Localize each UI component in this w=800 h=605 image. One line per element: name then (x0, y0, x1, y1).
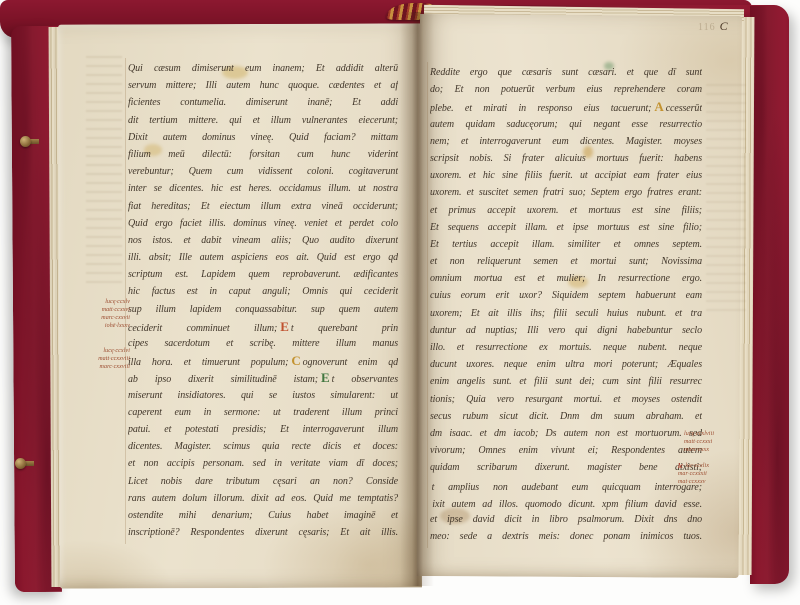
manuscript-text-line: filium meū dilectū: forsitan cum hunc vi… (128, 146, 398, 163)
manuscript-text-line: sup illum lapidem conquassabitur. sup qu… (128, 301, 398, 318)
text-segment: sup illum lapidem conquassabitur. sup qu… (128, 304, 398, 315)
text-segment: Qui cæsum dimiserunt eum inanem; Et addi… (128, 63, 398, 74)
margin-note-line: matt·ccxxvi (90, 306, 130, 314)
text-segment: meo: sede a dextris meis: donec ponam in… (430, 531, 702, 542)
text-segment: quidam scribarum dixerunt. magister bene… (430, 462, 702, 473)
manuscript-text-line: Et tertius accepit illam. similiter et o… (430, 236, 702, 253)
manuscript-text-line: Qui cæsum dimiserunt eum inanem; Et addi… (128, 60, 398, 77)
text-segment: et primus accepit uxorem. et mortuus est… (430, 205, 702, 216)
text-segment: miserunt insidiatores. qui se iustos sim… (128, 390, 398, 401)
margin-note-line: marc·cxxviii (90, 363, 130, 371)
margin-note-line: luc·ccxlix (678, 462, 738, 470)
manuscript-text-line: uxorem. et hic sine filiis fuerit. ut ac… (430, 167, 702, 184)
margin-note-line: lucę·ccxlviii (684, 430, 738, 438)
text-segment: illi. absit; Ille autem aspiciens eos ai… (128, 252, 398, 263)
manuscript-text-line: ceciderit comminuet illum;Et querebant p… (128, 318, 398, 335)
text-segment: Dixit autem dominus vineę. Quid faciam? … (128, 132, 398, 143)
manuscript-text-line: scriptum est. Lapidem quem reprobaverunt… (128, 266, 398, 283)
margin-note-line: lucę·ccxlvi (90, 347, 130, 355)
text-segment: ixit autem ad illos. quomodo dicunt. xpm… (432, 499, 702, 510)
manuscript-text-line: uxorem. et suscitet semen fratri suo; Se… (430, 184, 702, 201)
manuscript-text-line: rans autem dolum illorum. dixit ad eos. … (128, 490, 398, 507)
margin-note-line: mar·ccxxxii (678, 470, 738, 478)
illuminated-initial: E (277, 319, 291, 334)
manuscript-text-line: et primus accepit uxorem. et mortuus est… (430, 202, 702, 219)
manuscript-text-line: ab ipso dixerit similitudinē istam;Et ob… (128, 369, 398, 386)
manuscript-text-line: ostendite mihi denarium; Cuius habet ima… (128, 507, 398, 524)
manuscript-text-line: servum mittere; Illi autem hunc quoque. … (128, 77, 398, 94)
text-segment: cuius eorum erit uxor? Siquidem septem h… (430, 290, 702, 301)
text-segment: do; Et non potuerūt verbum eius reprehen… (430, 84, 702, 95)
margin-note-line: matt·ccxxviii (90, 355, 130, 363)
text-segment: verebuntur; Quem cum vidissent coloni. c… (128, 166, 398, 177)
text-segment: uxorem. et suscitet semen fratri suo; Se… (430, 187, 702, 198)
manuscript-text-line: caperent eum in sermone: ut traderent il… (128, 404, 398, 421)
text-segment: t amplius non audebant eum quicquam inte… (432, 482, 702, 493)
text-segment: ccesserūt (666, 103, 702, 114)
manuscript-text-line: et non reliquerunt semen et mortui sunt;… (430, 253, 702, 270)
text-segment: duntur ad nuptias; Illi vero qui digni h… (430, 325, 702, 336)
text-segment: dicentes. Magister. scimus quia recte di… (128, 441, 398, 452)
text-segment: ab ipso dixerit similitudinē istam; (128, 374, 318, 385)
text-segment: et non reliquerunt semen et mortui sunt;… (430, 256, 702, 267)
manuscript-text-line: illo. et resurrectione ex mortuis. neque… (430, 339, 702, 356)
manuscript-text-line: omnium mortua est et mulier; In resurrec… (430, 270, 702, 287)
text-segment: illa hora. et timuerunt populum; (128, 357, 288, 368)
text-segment: uxorem; Et ait illis ihs; filii seculi h… (430, 308, 702, 319)
text-segment: et ipse david dicit in libro psalmorum. … (430, 514, 702, 525)
illuminated-initial: A (651, 99, 665, 114)
text-segment: scriptum est. Lapidem quem reprobaverunt… (128, 269, 398, 280)
folio-ink-mark: C (720, 19, 729, 33)
manuscript-text-line: miserunt insidiatores. qui se iustos sim… (128, 387, 398, 404)
manuscript-text-line: Et amplius non audebant eum quicquam int… (430, 477, 702, 494)
manuscript-text-line: duntur ad nuptias; Illi vero qui digni h… (430, 322, 702, 339)
text-segment: ceciderit comminuet illum; (128, 323, 277, 334)
manuscript-text-line: verebuntur; Quem cum vidissent coloni. c… (128, 163, 398, 180)
text-segment: secus rubum sicut dicit. Dnm dm suum abr… (430, 411, 702, 422)
margin-note-line: matt·ccxxxi (684, 438, 738, 446)
margin-note-line: marc·cxxvii (90, 314, 130, 322)
manuscript-text-line: vivorum; Omnes enim vivunt ei; Responden… (430, 442, 702, 459)
text-segment: patui. et potestati presidis; Et interro… (128, 424, 398, 435)
text-segment: filium meū dilectū: forsitan cum hunc vi… (128, 149, 398, 160)
rubric-marker: lc (678, 462, 683, 470)
text-segment: Reddite ergo que cæsaris sunt cæsari. et… (430, 67, 702, 78)
text-segment: ducunt uxores. neque enim ultra mori pot… (430, 359, 702, 370)
text-segment: uxorem. et hic sine filiis fuerit. ut ac… (430, 170, 702, 181)
manuscript-text-line: enim angelis sunt. et filii sunt dei; cu… (430, 373, 702, 390)
margin-notes-group: lucę·ccxlvmatt·ccxxvimarc·cxxviiiohē·lxx… (90, 298, 130, 330)
illuminated-initial: C (288, 353, 302, 368)
text-segment: dit tertium mittere. qui et illum vulner… (128, 115, 398, 126)
text-segment: t querebant prin (291, 323, 398, 334)
manuscript-text-line: inter se dicentes. hic est heres. occida… (128, 180, 398, 197)
manuscript-text-line: Quid ergo faciet illis. dominus vineę. v… (128, 215, 398, 232)
manuscript-text-line: cuius eorum erit uxor? Siquidem septem h… (430, 287, 702, 304)
manuscript-text-line: tionis; Quia vero resurgant mortui. et m… (430, 391, 702, 408)
text-segment: rans autem dolum illorum. dixit ad eos. … (128, 493, 398, 504)
text-segment: fiat hereditas; Et eiectum illum extra v… (128, 201, 398, 212)
manuscript-text-line: inscriptionē? Respondentes dixerunt cęsa… (128, 524, 398, 541)
manuscript-text-line: Dixit autem dominus vineę. Quid faciam? … (128, 129, 398, 146)
manuscript-text-line: Reddite ergo que cæsaris sunt cæsari. et… (430, 64, 702, 81)
left-page-text-column: Qui cæsum dimiserunt eum inanem; Et addi… (128, 60, 398, 541)
manuscript-text-line: quidam scribarum dixerunt. magister bene… (430, 459, 702, 476)
manuscript-text-line: dm isaac. et dm iacob; Ds autem non est … (430, 425, 702, 442)
manuscript-text-line: ducunt uxores. neque enim ultra mori pot… (430, 356, 702, 373)
manuscript-text-line: hic factus est in caput anguli; Omnis qu… (128, 283, 398, 300)
margin-note-line: mat·ccxxxv (678, 478, 738, 486)
clasp-pin-knob (20, 136, 31, 147)
text-segment: caperent eum in sermone: ut traderent il… (128, 407, 398, 418)
manuscript-text-line: nos istos. et dabit vineam aliis; Quo au… (128, 232, 398, 249)
illuminated-initial: E (318, 370, 332, 385)
text-segment: scripsit nobis. Si frater alicuius mortu… (430, 153, 702, 164)
text-segment: t observantes (332, 374, 398, 385)
folio-pencil-number: 116 (698, 22, 716, 33)
manuscript-text-line: Dixit autem ad illos. quomodo dicunt. xp… (430, 494, 702, 511)
book-cover-right-board (750, 6, 789, 584)
manuscript-text-line: Et sequens accepit illam. et ipse mortuu… (430, 219, 702, 236)
margin-notes-group: lucę·ccxlviiimatt·ccxxximarc·cxxx (684, 430, 738, 454)
text-segment: omnium mortua est et mulier; In resurrec… (430, 273, 702, 284)
margin-note-line: marc·cxxx (684, 446, 738, 454)
text-segment: plebe. et mirati in responso eius tacuer… (430, 103, 651, 114)
text-segment: inter se dicentes. hic est heres. occida… (128, 183, 398, 194)
text-segment: nos istos. et dabit vineam aliis; Quo au… (128, 235, 398, 246)
text-segment: Et tertius accepit illam. similiter et o… (430, 239, 702, 250)
text-segment: et non accipis personam. sed in veritate… (128, 458, 398, 469)
manuscript-text-line: ficientes contumelia. dimiserunt inanē; … (128, 94, 398, 111)
manuscript-text-line: uxorem; Et ait illis ihs; filii seculi h… (430, 305, 702, 322)
text-segment: nem; et interrogaverunt eum dicentes. Ma… (430, 136, 702, 147)
text-segment: tionis; Quia vero resurgant mortui. et m… (430, 394, 702, 405)
manuscript-text-line: do; Et non potuerūt verbum eius reprehen… (430, 81, 702, 98)
margin-note-line: iohē·lxxxv (90, 322, 130, 330)
manuscript-text-line: illa hora. et timuerunt populum;Cognover… (128, 352, 398, 369)
manuscript-text-line: Licet nobis dare tributum cęsari an non?… (128, 473, 398, 490)
text-segment: servum mittere; Illi autem hunc quoque. … (128, 80, 398, 91)
manuscript-text-line: dit tertium mittere. qui et illum vulner… (128, 112, 398, 129)
text-segment: ognoverunt enim qd (303, 357, 398, 368)
manuscript-text-line: autem quidam saducęorum; qui negant esse… (430, 116, 702, 133)
manuscript-photo: Qui cæsum dimiserunt eum inanem; Et addi… (0, 0, 800, 605)
manuscript-text-line: fiat hereditas; Et eiectum illum extra v… (128, 198, 398, 215)
manuscript-text-line: scripsit nobis. Si frater alicuius mortu… (430, 150, 702, 167)
margin-notes-group: lucę·ccxlvimatt·ccxxviiimarc·cxxviii (90, 347, 130, 371)
text-segment: enim angelis sunt. et filii sunt dei; cu… (430, 376, 702, 387)
text-segment: ostendite mihi denarium; Cuius habet ima… (128, 510, 398, 521)
text-segment: inscriptionē? Respondentes dixerunt cęsa… (128, 527, 398, 538)
text-segment: Licet nobis dare tributum cęsari an non?… (128, 476, 398, 487)
manuscript-text-line: nem; et interrogaverunt eum dicentes. Ma… (430, 133, 702, 150)
manuscript-text-line: secus rubum sicut dicit. Dnm dm suum abr… (430, 408, 702, 425)
text-segment: cipes sacerdotum et scribę. mittere illu… (128, 338, 398, 349)
manuscript-text-line: et non accipis personam. sed in veritate… (128, 455, 398, 472)
text-segment: hic factus est in caput anguli; Omnis qu… (128, 286, 398, 297)
show-through-text (706, 84, 746, 314)
manuscript-text-line: meo: sede a dextris meis: donec ponam in… (430, 528, 702, 545)
margin-note-line: lucę·ccxlv (90, 298, 130, 306)
folio-number: 116C (698, 19, 744, 34)
manuscript-text-line: cipes sacerdotum et scribę. mittere illu… (128, 335, 398, 352)
text-segment: vivorum; Omnes enim vivunt ei; Responden… (430, 445, 702, 456)
margin-notes-group: lcluc·ccxlixmar·ccxxxiimat·ccxxxv (678, 462, 738, 486)
ruling-line (427, 62, 428, 548)
text-segment: ficientes contumelia. dimiserunt inanē; … (128, 97, 398, 108)
manuscript-text-line: plebe. et mirati in responso eius tacuer… (430, 98, 702, 115)
show-through-text (86, 56, 122, 286)
text-segment: autem quidam saducęorum; qui negant esse… (430, 119, 702, 130)
text-segment: Quid ergo faciet illis. dominus vineę. v… (128, 218, 398, 229)
text-segment: Et sequens accepit illam. et ipse mortuu… (430, 222, 702, 233)
manuscript-text-line: dicentes. Magister. scimus quia recte di… (128, 438, 398, 455)
clasp-pin-knob (15, 458, 26, 469)
text-segment: illo. et resurrectione ex mortuis. neque… (430, 342, 702, 353)
manuscript-text-line: patui. et potestati presidis; Et interro… (128, 421, 398, 438)
manuscript-text-line: et ipse david dicit in libro psalmorum. … (430, 511, 702, 528)
right-page-text-column: Reddite ergo que cæsaris sunt cæsari. et… (430, 64, 702, 545)
text-segment: dm isaac. et dm iacob; Ds autem non est … (430, 428, 702, 439)
manuscript-text-line: illi. absit; Ille autem aspiciens eos ai… (128, 249, 398, 266)
